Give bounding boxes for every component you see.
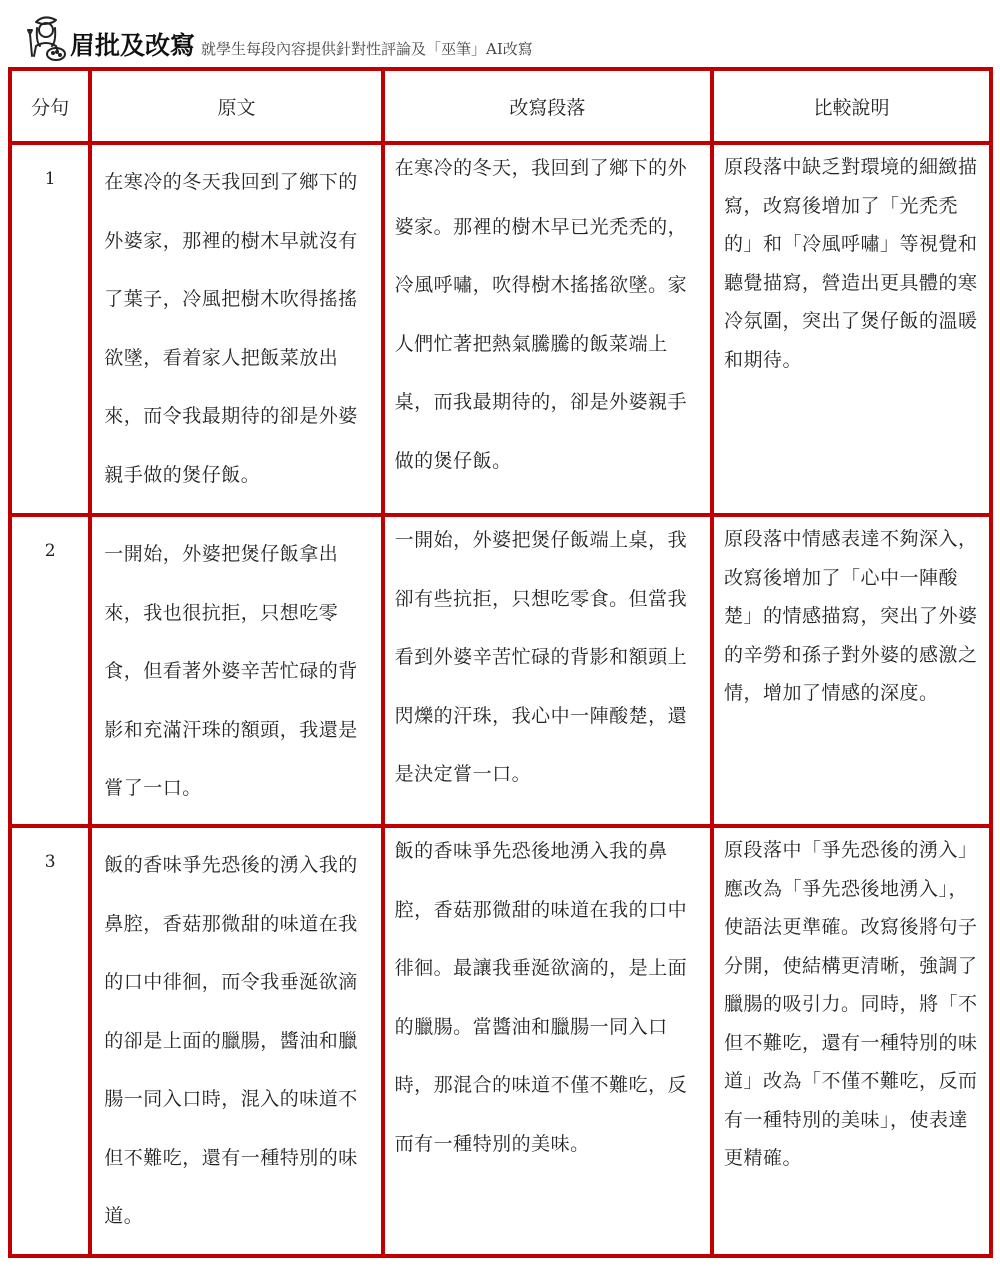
comparison-cell: 原段落中缺乏對環境的細緻描寫，改寫後增加了「光禿禿的」和「冷風呼嘯」等視覺和聽覺… <box>712 143 991 515</box>
comparison-text: 原段落中缺乏對環境的細緻描寫，改寫後增加了「光禿禿的」和「冷風呼嘯」等視覺和聽覺… <box>714 145 989 379</box>
section-header: 眉批及改寫 就學生每段內容提供針對性評論及「巫筆」AI改寫 <box>22 6 533 62</box>
comparison-text: 原段落中「爭先恐後的湧入」應改為「爭先恐後地湧入」，使語法更準確。改寫後將句子分… <box>714 828 989 1178</box>
table-row: 3 飯的香味爭先恐後的湧入我的鼻腔，香菇那微甜的味道在我的口中徘徊，而令我垂涎欲… <box>10 826 991 1256</box>
rewrite-cell: 在寒冷的冬天，我回到了鄉下的外婆家。那裡的樹木早已光禿禿的，冷風呼嘯，吹得樹木搖… <box>383 143 712 515</box>
section-title: 眉批及改寫 <box>70 33 195 58</box>
original-text: 在寒冷的冬天我回到了鄉下的外婆家，那裡的樹木早就沒有了葉子，冷風把樹木吹得搖搖欲… <box>92 145 380 504</box>
feedback-table: 分句 原文 改寫段落 比較說明 1 在寒冷的冬天我回到了鄉下的外婆家，那裡的樹木… <box>8 67 993 1258</box>
rewrite-text: 飯的香味爭先恐後地湧入我的鼻腔，香菇那微甜的味道在我的口中徘徊。最讓我垂涎欲滴的… <box>385 822 710 1173</box>
original-cell: 在寒冷的冬天我回到了鄉下的外婆家，那裡的樹木早就沒有了葉子，冷風把樹木吹得搖搖欲… <box>90 143 382 515</box>
column-header-original: 原文 <box>90 69 382 143</box>
sentence-number: 1 <box>10 143 90 515</box>
original-cell: 飯的香味爭先恐後的湧入我的鼻腔，香菇那微甜的味道在我的口中徘徊，而令我垂涎欲滴的… <box>90 826 382 1256</box>
table-row: 1 在寒冷的冬天我回到了鄉下的外婆家，那裡的樹木早就沒有了葉子，冷風把樹木吹得搖… <box>10 143 991 515</box>
artist-teacher-icon <box>22 12 68 62</box>
original-text: 一開始，外婆把煲仔飯拿出來，我也很抗拒，只想吃零食，但看著外婆辛苦忙碌的背影和充… <box>92 517 380 818</box>
table-row: 2 一開始，外婆把煲仔飯拿出來，我也很抗拒，只想吃零食，但看著外婆辛苦忙碌的背影… <box>10 515 991 826</box>
rewrite-cell: 一開始，外婆把煲仔飯端上桌，我卻有些抗拒，只想吃零食。但當我看到外婆辛苦忙碌的背… <box>383 515 712 826</box>
table-header-row: 分句 原文 改寫段落 比較說明 <box>10 69 991 143</box>
rewrite-cell: 飯的香味爭先恐後地湧入我的鼻腔，香菇那微甜的味道在我的口中徘徊。最讓我垂涎欲滴的… <box>383 826 712 1256</box>
section-subtitle: 就學生每段內容提供針對性評論及「巫筆」AI改寫 <box>201 42 533 57</box>
rewrite-text: 一開始，外婆把煲仔飯端上桌，我卻有些抗拒，只想吃零食。但當我看到外婆辛苦忙碌的背… <box>385 511 710 804</box>
column-header-comparison: 比較說明 <box>712 69 991 143</box>
rewrite-text: 在寒冷的冬天，我回到了鄉下的外婆家。那裡的樹木早已光禿禿的，冷風呼嘯，吹得樹木搖… <box>385 139 710 490</box>
column-header-sentence-number: 分句 <box>10 69 90 143</box>
original-cell: 一開始，外婆把煲仔飯拿出來，我也很抗拒，只想吃零食，但看著外婆辛苦忙碌的背影和充… <box>90 515 382 826</box>
sentence-number: 3 <box>10 826 90 1256</box>
original-text: 飯的香味爭先恐後的湧入我的鼻腔，香菇那微甜的味道在我的口中徘徊，而令我垂涎欲滴的… <box>92 828 380 1246</box>
comparison-cell: 原段落中「爭先恐後的湧入」應改為「爭先恐後地湧入」，使語法更準確。改寫後將句子分… <box>712 826 991 1256</box>
comparison-text: 原段落中情感表達不夠深入，改寫後增加了「心中一陣酸楚」的情感描寫，突出了外婆的辛… <box>714 517 989 713</box>
comparison-cell: 原段落中情感表達不夠深入，改寫後增加了「心中一陣酸楚」的情感描寫，突出了外婆的辛… <box>712 515 991 826</box>
column-header-rewrite: 改寫段落 <box>383 69 712 143</box>
sentence-number: 2 <box>10 515 90 826</box>
